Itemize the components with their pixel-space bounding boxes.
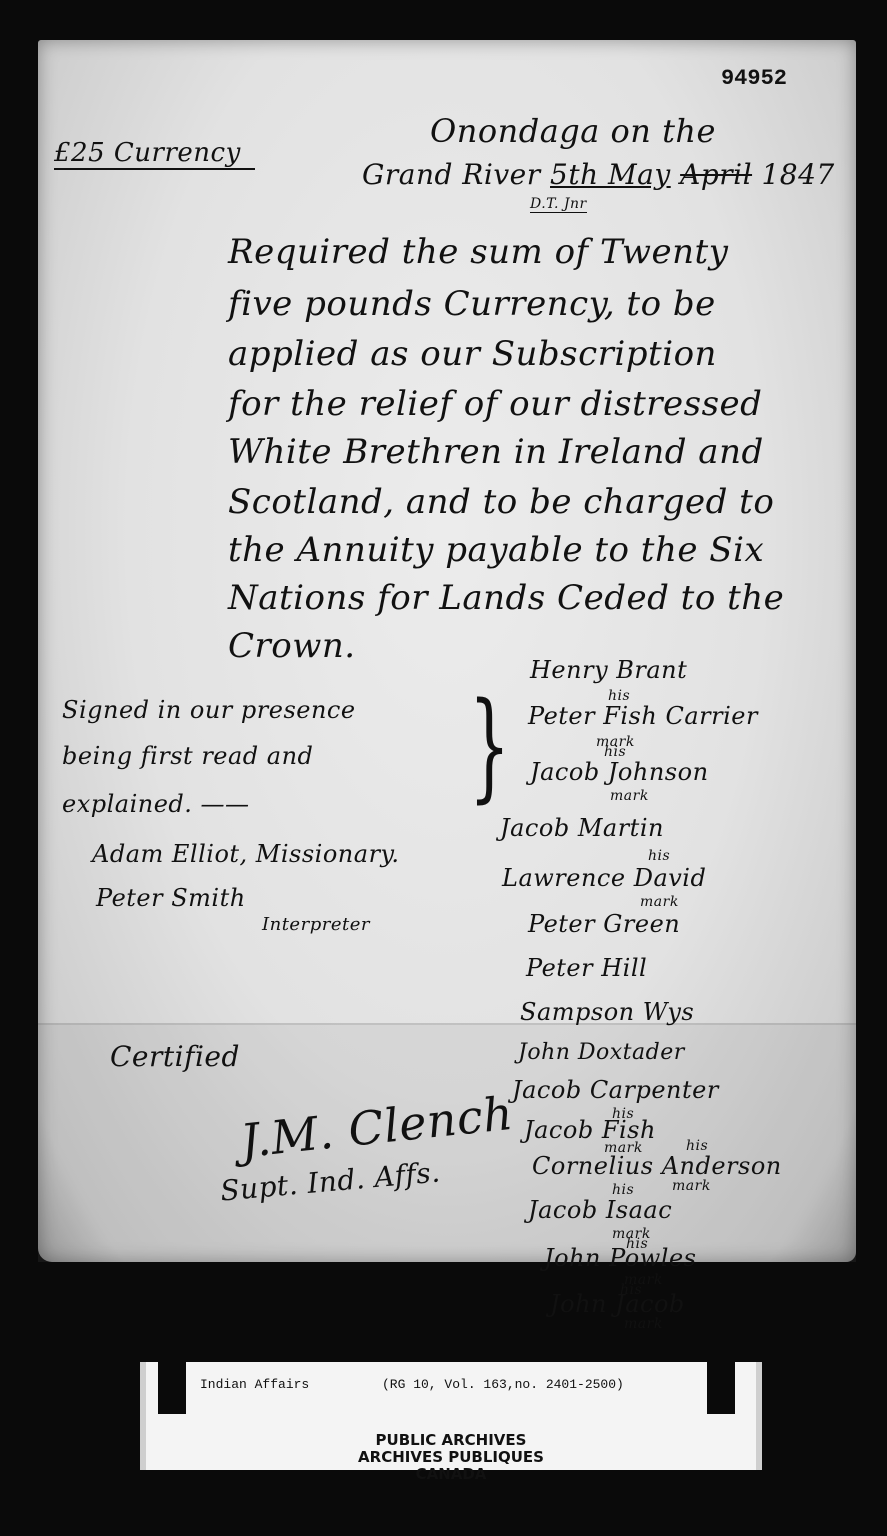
mark-label: mark: [672, 1178, 711, 1194]
his-label: his: [620, 1282, 642, 1298]
archive-institution: PUBLIC ARCHIVES ARCHIVES PUBLIQUES CANAD…: [140, 1432, 762, 1483]
place-line-2: Grand River: [362, 158, 550, 191]
body-line: Nations for Lands Ceded to the: [228, 578, 784, 618]
certified-label: Certified: [110, 1040, 240, 1073]
body-line: five pounds Currency, to be: [228, 284, 716, 324]
signatory: Cornelius Anderson: [532, 1152, 782, 1180]
margin-amount-note: £25 Currency: [54, 138, 255, 170]
body-line: Required the sum of Twenty: [228, 232, 728, 272]
body-line: for the relief of our distressed: [228, 384, 762, 424]
signatory: Peter Green: [528, 910, 680, 938]
body-line: Crown.: [228, 626, 356, 666]
body-line: the Annuity payable to the Six: [228, 530, 764, 570]
witness-statement-line: Signed in our presence: [62, 696, 356, 724]
his-label: his: [626, 1236, 648, 1252]
his-label: his: [612, 1182, 634, 1198]
witness-name: Adam Elliot, Missionary.: [92, 840, 400, 868]
archive-reference: (RG 10, Vol. 163,no. 2401-2500): [382, 1377, 624, 1392]
signatory: Lawrence David: [502, 864, 706, 892]
paper-fold-line: [38, 1023, 856, 1025]
date-year: 1847: [761, 158, 834, 191]
brace-symbol: }: [469, 686, 510, 804]
place-line-1: Onondaga on the: [430, 112, 716, 150]
body-line: applied as our Subscription: [228, 334, 717, 374]
label-clip-left: [158, 1362, 186, 1414]
signatory: Jacob Isaac: [528, 1196, 672, 1224]
his-label: his: [604, 744, 626, 760]
date-struck-month: April: [680, 158, 752, 191]
signatory: John Doxtader: [518, 1040, 685, 1065]
signatory: Jacob Johnson: [530, 758, 709, 786]
body-line: Scotland, and to be charged to: [228, 482, 774, 522]
signatory: John Jacob: [550, 1290, 685, 1318]
witness-statement-line: explained. ——: [62, 790, 250, 818]
institution-line: PUBLIC ARCHIVES: [140, 1432, 762, 1449]
place-date-line: Grand River 5th May April 1847 D.T. Jnr: [362, 158, 835, 191]
institution-line: CANADA: [140, 1466, 762, 1483]
institution-line: ARCHIVES PUBLIQUES: [140, 1449, 762, 1466]
his-label: his: [612, 1106, 634, 1122]
mark-label: mark: [624, 1316, 663, 1332]
witness-name: Peter Smith: [96, 884, 246, 912]
his-label: his: [686, 1138, 708, 1154]
mark-label: mark: [640, 894, 679, 910]
witness-role: Interpreter: [262, 914, 370, 935]
witness-statement-line: being first read and: [62, 742, 313, 770]
document-page: [38, 40, 856, 1262]
signatory: Sampson Wys: [520, 998, 694, 1026]
label-clip-right: [707, 1362, 735, 1414]
signatory: Jacob Carpenter: [512, 1076, 719, 1104]
mark-label: mark: [610, 788, 649, 804]
signatory: Henry Brant: [530, 656, 687, 684]
date-insertion: D.T. Jnr: [530, 196, 587, 213]
his-label: his: [608, 688, 630, 704]
date-day-month: 5th May: [550, 158, 671, 191]
signatory: Peter Fish Carrier: [528, 702, 758, 730]
his-label: his: [648, 848, 670, 864]
reference-number: 94952: [721, 66, 787, 91]
signatory: John Powles: [544, 1244, 696, 1272]
signatory: Jacob Martin: [500, 814, 664, 842]
signatory: Peter Hill: [526, 954, 647, 982]
body-line: White Brethren in Ireland and: [228, 432, 764, 472]
archive-series: Indian Affairs: [200, 1377, 309, 1392]
